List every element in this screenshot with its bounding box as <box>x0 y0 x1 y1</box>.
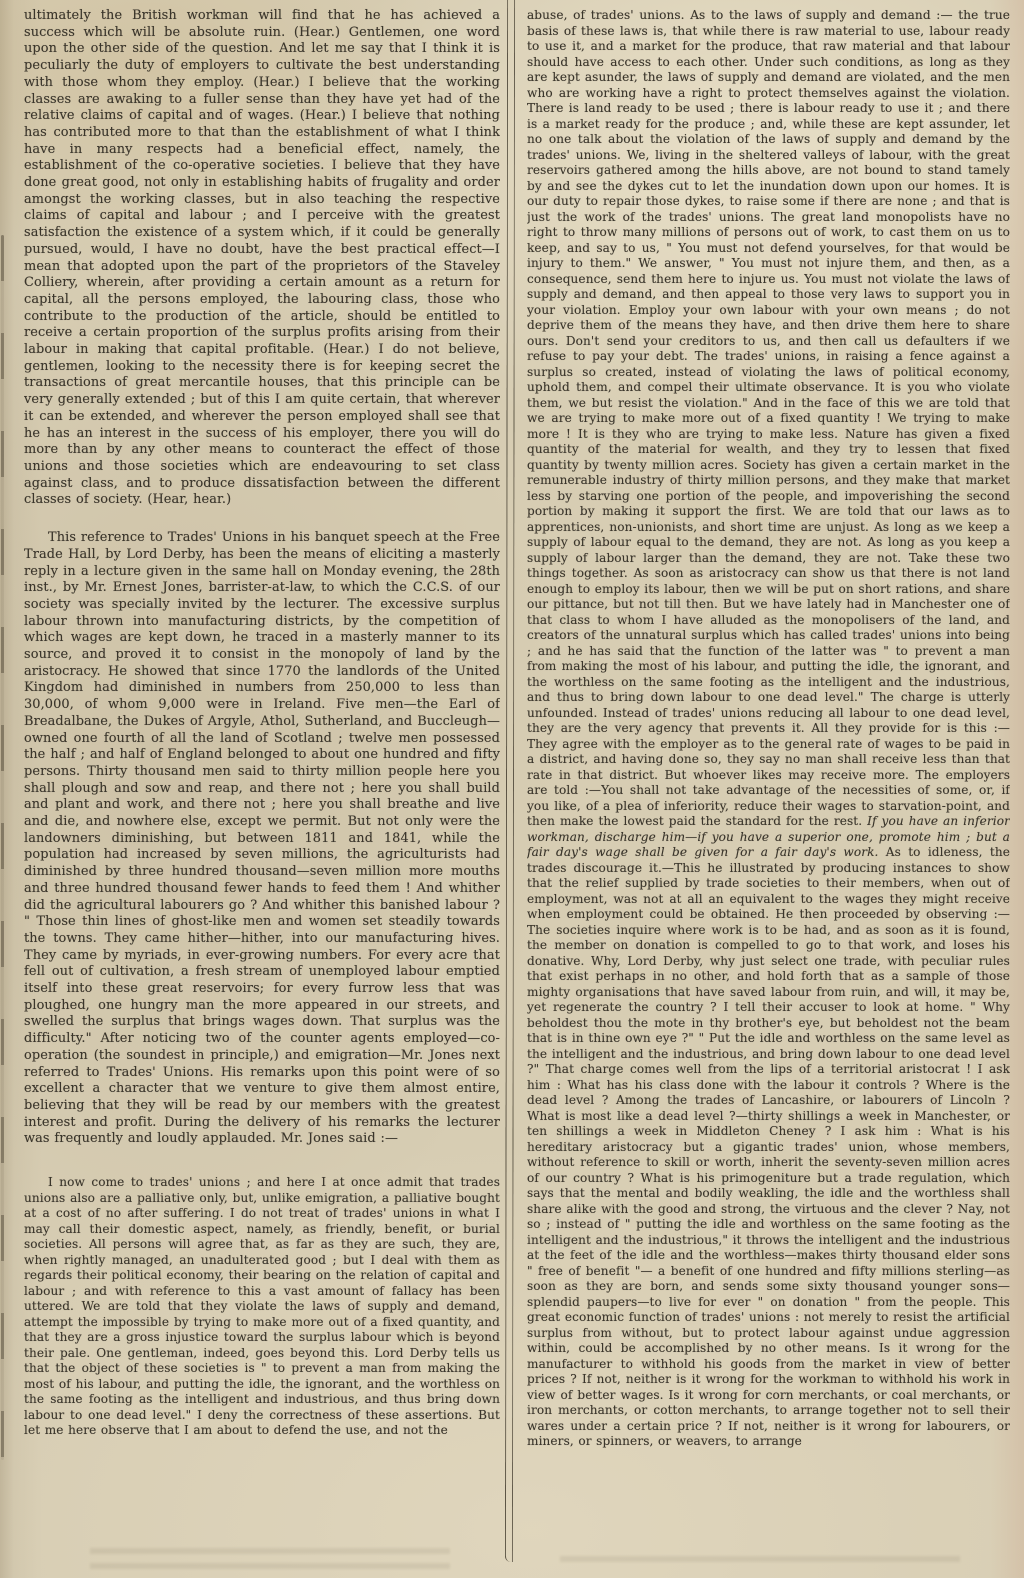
paragraph-jones-lecture-continuation: abuse, of trades' unions. As to the laws… <box>527 8 1010 1450</box>
paragraph-speech-continuation: ultimately the British workman will find… <box>24 8 500 509</box>
column-divider-rule <box>505 0 515 1562</box>
page-edge-crease <box>1 235 4 1460</box>
left-text-column: ultimately the British workman will find… <box>24 8 500 1556</box>
paragraph-lecture-report: This reference to Trades' Unions in his … <box>24 530 500 1148</box>
lecture-text-after-italic: As to idleness, the trades discourage it… <box>527 845 1010 1448</box>
paragraph-jones-lecture-opening: I now come to trades' unions ; and here … <box>24 1175 500 1439</box>
showthrough-ghost-text <box>90 1548 450 1570</box>
right-text-column: abuse, of trades' unions. As to the laws… <box>527 8 1010 1560</box>
showthrough-ghost-text <box>560 1556 960 1570</box>
lecture-text-before-italic: abuse, of trades' unions. As to the laws… <box>527 8 1010 828</box>
scanned-newspaper-page: ultimately the British workman will find… <box>0 0 1024 1578</box>
